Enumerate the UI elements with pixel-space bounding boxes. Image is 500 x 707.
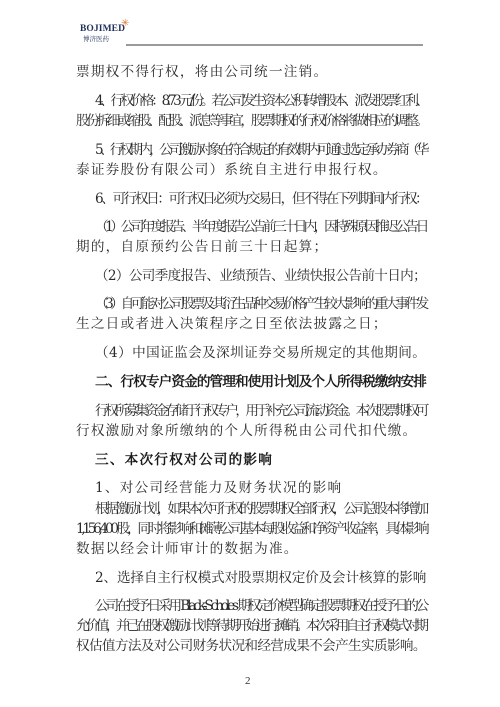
- text-line: 6、可行权日：可行权日必须为交易日，但不得在下列期间内行权：: [95, 191, 426, 207]
- text-line: 公司在授予日采用 Black-Scholes 期权定价模型确定股票期权在授予日的…: [95, 598, 426, 614]
- text-line: （2）公司季度报告、业绩预告、业绩快报公告前十日内；: [95, 268, 426, 284]
- text-line: 生之日或者进入决策程序之日至依法披露之日；: [76, 316, 426, 332]
- text-line: 行权所募集资金存储于行权专户，用于补充公司流动资金。本次股票期权可: [95, 403, 426, 419]
- text-line: 1,156,400 股，同时将影响和摊薄公司基本每股收益和净资产收益率，具体影响: [76, 521, 426, 537]
- page-number: 2: [245, 675, 251, 687]
- text-line: 2、选择自主行权模式对股票期权定价及会计核算的影响: [95, 570, 426, 586]
- text-line: 允价值，并已在股权激励计划等待期开始进行摊销。本次采用自主行权模式对期: [76, 618, 426, 634]
- text-line: （4）中国证监会及深圳证券交易所规定的其他期间。: [95, 345, 426, 361]
- text-line: 1、对公司经营能力及财务状况的影响: [95, 480, 426, 496]
- text-line: 4、行权价格：8.73 元/份。若公司发生资本公积转增股本、派发股票红利、: [95, 93, 426, 109]
- section-heading: 三、本次行权对公司的影响: [95, 452, 426, 468]
- logo-text-en: BOJIMED: [80, 24, 125, 34]
- text-line: 权估值方法及对公司财务状况和经营成果不会产生实质影响。: [76, 638, 426, 654]
- text-line: 票期权不得行权，将由公司统一注销。: [76, 64, 426, 80]
- header-divider: [126, 44, 423, 46]
- text-line: 5、行权期内，公司激励对象在符合规定的有效期内可通过选定承办券商（华: [95, 142, 426, 158]
- text-line: （1）公司年度报告、半年度报告公告前三十日内，因特殊原因推迟公告日: [95, 219, 426, 235]
- text-line: 泰证券股份有限公司）系统自主进行申报行权。: [76, 162, 426, 178]
- text-line: 股份拆细或缩股、配股、派息等事宜，股票期权的行权价格将做相应的调整。: [76, 113, 426, 129]
- text-line: 数据以经会计师审计的数据为准。: [76, 541, 426, 557]
- page-header: BOJIMED ✳ 博济医药: [0, 0, 500, 55]
- text-line: 根据激励计划，如果本次可行权的股票期权全部行权，公司总股本将增加: [95, 501, 426, 517]
- text-line: 行权激励对象所缴纳的个人所得税由公司代扣代缴。: [76, 423, 426, 439]
- logo-text-cn: 博济医药: [83, 35, 109, 43]
- text-line: （3）自可能对公司股票及其衍生品种交易价格产生较大影响的重大事件发: [95, 296, 426, 312]
- company-logo: BOJIMED ✳ 博济医药: [80, 24, 126, 46]
- logo-star-icon: ✳: [121, 19, 129, 29]
- text-line: 期的，自原预约公告日前三十日起算；: [76, 239, 426, 255]
- section-heading: 二、行权专户资金的管理和使用计划及个人所得税缴纳安排: [95, 374, 426, 390]
